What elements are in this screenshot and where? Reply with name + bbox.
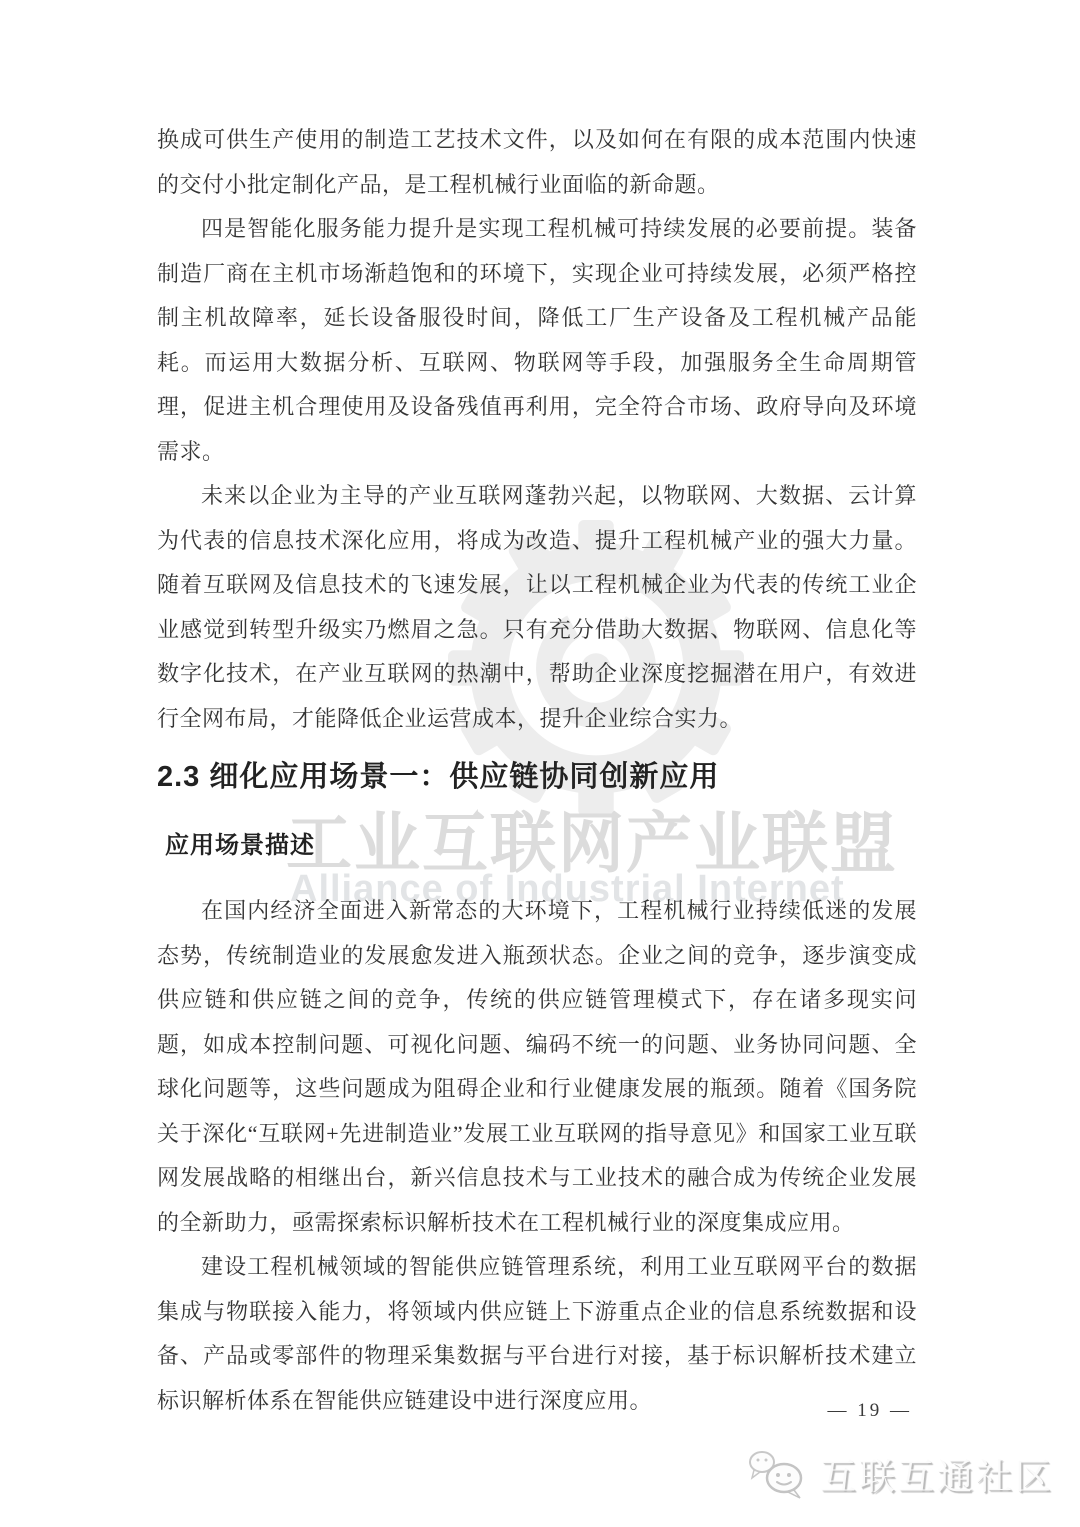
body-paragraph-2: 四是智能化服务能力提升是实现工程机械可持续发展的必要前提。装备制造厂商在主机市场… — [157, 207, 917, 474]
chat-bubbles-icon — [746, 1446, 812, 1502]
body-paragraph-4: 在国内经济全面进入新常态的大环境下，工程机械行业持续低迷的发展态势，传统制造业的… — [157, 889, 917, 1245]
page-number: — 19 — — [828, 1400, 913, 1422]
body-paragraph-3: 未来以企业为主导的产业互联网蓬勃兴起，以物联网、大数据、云计算为代表的信息技术深… — [157, 474, 917, 741]
section-heading: 2.3 细化应用场景一：供应链协同创新应用 — [157, 754, 917, 800]
subsection-heading: 应用场景描述 — [165, 826, 917, 866]
body-paragraph-5: 建设工程机械领域的智能供应链管理系统，利用工业互联网平台的数据集成与物联接入能力… — [157, 1245, 917, 1423]
body-paragraph-1: 换成可供生产使用的制造工艺技术文件，以及如何在有限的成本范围内快速的交付小批定制… — [157, 118, 917, 207]
footer-brand: 互联互通社区 — [746, 1446, 1054, 1502]
footer-brand-label: 互联互通社区 — [820, 1449, 1054, 1500]
document-page: 工业互联网产业联盟 Alliance of Industrial Interne… — [0, 0, 1080, 1527]
page-content: 换成可供生产使用的制造工艺技术文件，以及如何在有限的成本范围内快速的交付小批定制… — [157, 118, 917, 1423]
